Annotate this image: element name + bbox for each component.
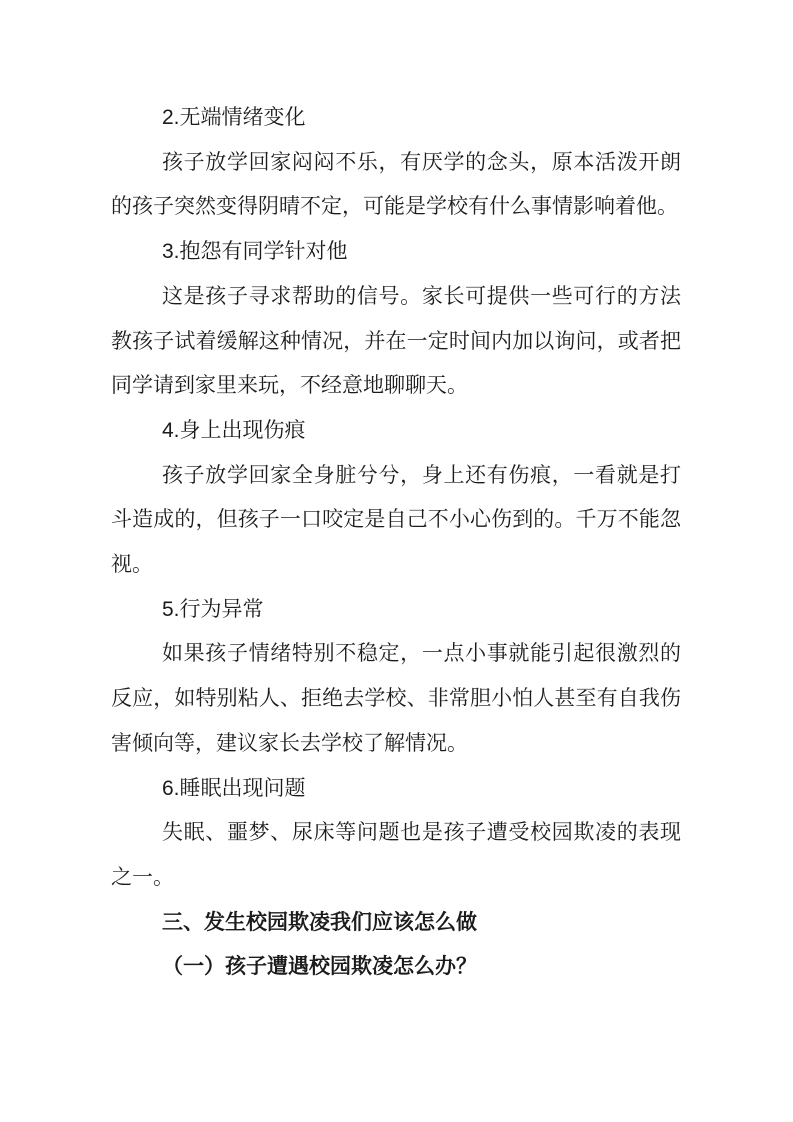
body-paragraph-signal-3: 这是孩子寻求帮助的信号。家长可提供一些可行的方法教孩子试着缓解这种情况，并在一定… [111, 275, 681, 409]
subheading-signal-2: 2.无端情绪变化 [111, 96, 681, 141]
subheading-signal-6: 6.睡眠出现问题 [111, 767, 681, 812]
section-heading-three: 三、发生校园欺凌我们应该怎么做 [111, 901, 681, 946]
document-page: 2.无端情绪变化 孩子放学回家闷闷不乐，有厌学的念头，原本活泼开朗的孩子突然变得… [0, 0, 793, 1122]
body-paragraph-signal-6: 失眠、噩梦、尿床等问题也是孩子遭受校园欺凌的表现之一。 [111, 811, 681, 900]
subsection-heading-one: （一）孩子遭遇校园欺凌怎么办？ [111, 945, 681, 990]
subheading-signal-4: 4.身上出现伤痕 [111, 409, 681, 454]
body-paragraph-signal-2: 孩子放学回家闷闷不乐，有厌学的念头，原本活泼开朗的孩子突然变得阴晴不定，可能是学… [111, 141, 681, 230]
subheading-signal-3: 3.抱怨有同学针对他 [111, 230, 681, 275]
body-paragraph-signal-5: 如果孩子情绪特别不稳定，一点小事就能引起很激烈的反应，如特别粘人、拒绝去学校、非… [111, 632, 681, 766]
body-paragraph-signal-4: 孩子放学回家全身脏兮兮，身上还有伤痕，一看就是打斗造成的，但孩子一口咬定是自己不… [111, 454, 681, 588]
subheading-signal-5: 5.行为异常 [111, 588, 681, 633]
